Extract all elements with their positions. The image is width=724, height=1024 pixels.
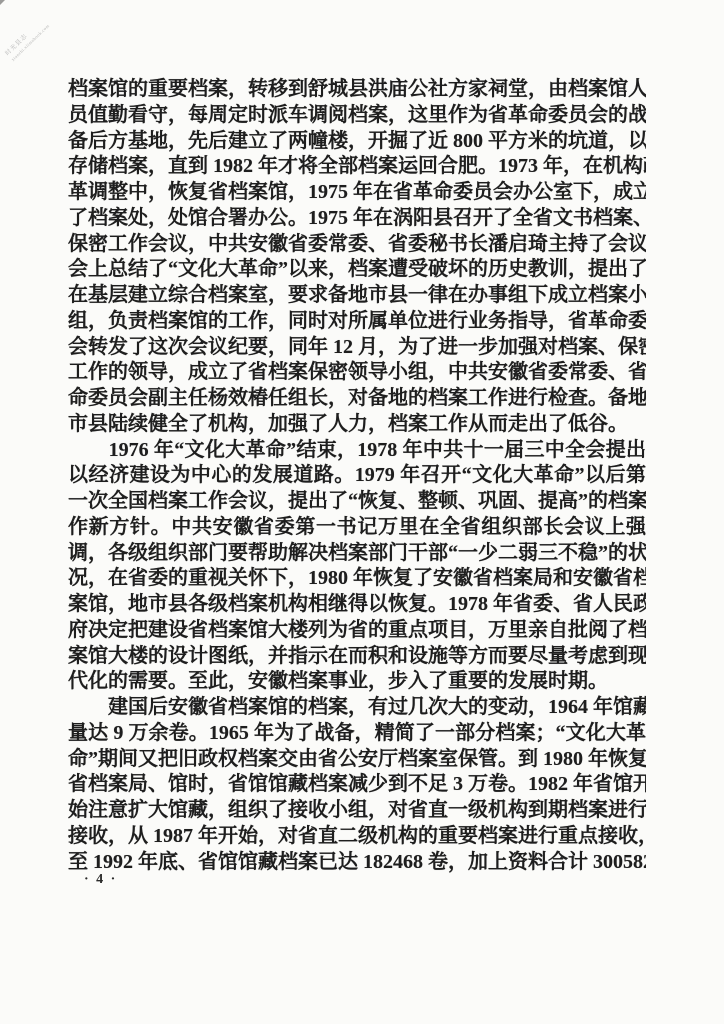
page-number: · 4 · <box>84 872 117 888</box>
text-line: 省档案局、馆时，省馆馆藏档案减少到不足 3 万卷。1982 年省馆开 <box>68 772 646 798</box>
text-line: 量达 9 万余卷。1965 年为了战备，精简了一部分档案；“文化大革 <box>68 721 646 747</box>
text-line: 市县陆续健全了机构，加强了人力，档案工作从而走出了低谷。 <box>68 412 646 438</box>
paragraph: 档案馆的重要档案，转移到舒城县洪庙公社方家祠堂，由档案馆人员值勤看守，每周定时派… <box>68 77 646 438</box>
text-block: 档案馆的重要档案，转移到舒城县洪庙公社方家祠堂，由档案馆人员值勤看守，每周定时派… <box>68 77 646 875</box>
text-line: 革调整中，恢复省档案馆，1975 年在省革命委员会办公室下，成立 <box>68 180 646 206</box>
scanned-page: 时光县志 xianzhi.xlimabook.com 档案馆的重要档案，转移到舒… <box>0 0 724 1024</box>
text-line: 命”期间又把旧政权档案交由省公安厅档案室保管。到 1980 年恢复 <box>68 747 646 773</box>
text-line: 案馆，地市县各级档案机构相继得以恢复。1978 年省委、省人民政 <box>68 592 646 618</box>
text-line: 以经济建设为中心的发展道路。1979 年召开“文化大革命”以后第 <box>68 463 646 489</box>
text-line: 建国后安徽省档案馆的档案，有过几次大的变动，1964 年馆藏 <box>68 695 646 721</box>
text-line: 始注意扩大馆藏，组织了接收小组，对省直一级机构到期档案进行 <box>68 798 646 824</box>
text-line: 档案馆的重要档案，转移到舒城县洪庙公社方家祠堂，由档案馆人 <box>68 77 646 103</box>
text-line: 在基层建立综合档案室，要求备地市县一律在办事组下成立档案小 <box>68 283 646 309</box>
text-line: 一次全国档案工作会议，提出了“恢复、整顿、巩固、提高”的档案工 <box>68 489 646 515</box>
paragraph: 1976 年“文化大革命”结束，1978 年中共十一届三中全会提出以经济建设为中… <box>68 438 646 696</box>
text-line: 会转发了这次会议纪要，同年 12 月，为了进一步加强对档案、保密 <box>68 335 646 361</box>
paragraph: 建国后安徽省档案馆的档案，有过几次大的变动，1964 年馆藏量达 9 万余卷。1… <box>68 695 646 875</box>
text-line: 调，各级组织部门要帮助解决档案部门干部“一少二弱三不稳”的状 <box>68 541 646 567</box>
text-line: 府决定把建设省档案馆大楼列为省的重点项目，万里亲自批阅了档 <box>68 618 646 644</box>
text-line: 组，负责档案馆的工作，同时对所属单位进行业务指导，省革命委员 <box>68 309 646 335</box>
text-line: 保密工作会议，中共安徽省委常委、省委秘书长潘启琦主持了会议， <box>68 232 646 258</box>
text-line: 会上总结了“文化大革命”以来，档案遭受破坏的历史教训，提出了 <box>68 257 646 283</box>
text-line: 接收，从 1987 年开始，对省直二级机构的重要档案进行重点接收， <box>68 824 646 850</box>
text-line: 案馆大楼的设计图纸，并指示在而积和设施等方而要尽量考虑到现 <box>68 644 646 670</box>
text-line: 况，在省委的重视关怀下，1980 年恢复了安徽省档案局和安徽省档 <box>68 566 646 592</box>
text-line: 了档案处，处馆合署办公。1975 年在涡阳县召开了全省文书档案、 <box>68 206 646 232</box>
scan-edge-artifact <box>0 0 5 5</box>
text-line: 至 1992 年底、省馆馆藏档案已达 182468 卷，加上资料合计 30058… <box>68 850 646 876</box>
text-line: 备后方基地，先后建立了两幢楼，开掘了近 800 平方米的坑道，以备 <box>68 129 646 155</box>
text-line: 命委员会副主任杨效椿任组长，对备地的档案工作进行检查。备地 <box>68 386 646 412</box>
watermark: 时光县志 xianzhi.xlimabook.com <box>4 17 51 63</box>
text-line: 存储档案，直到 1982 年才将全部档案运回合肥。1973 年，在机构改 <box>68 154 646 180</box>
text-line: 工作的领导，成立了省档案保密领导小组，中共安徽省委常委、省革 <box>68 360 646 386</box>
text-line: 作新方针。中共安徽省委第一书记万里在全省组织部长会议上强 <box>68 515 646 541</box>
text-line: 1976 年“文化大革命”结束，1978 年中共十一届三中全会提出 <box>68 438 646 464</box>
text-line: 代化的需要。至此，安徽档案事业，步入了重要的发展时期。 <box>68 669 646 695</box>
text-line: 员值勤看守，每周定时派车调阅档案，这里作为省革命委员会的战 <box>68 103 646 129</box>
